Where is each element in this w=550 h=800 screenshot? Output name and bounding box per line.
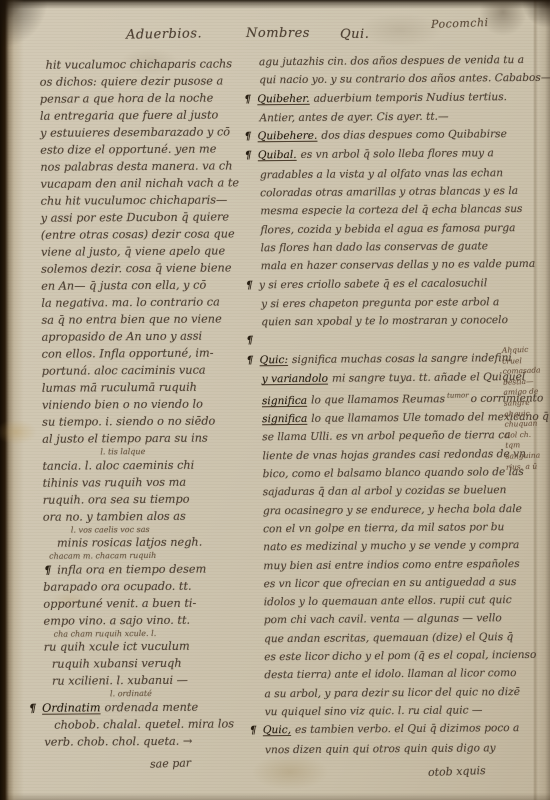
manuscript-line: vnos dizen quin qui otros quin quis digo… (265, 738, 550, 759)
manuscript-line: nos palabras desta manera. va ch (40, 157, 248, 175)
manuscript-line: esto dize el opportuné. yen me (40, 140, 248, 158)
entry-headword: Ordinatim (42, 701, 100, 714)
running-head-folio-word: Qui. (340, 27, 369, 42)
manuscript-line: vu quiquel sino viz quic. l. ru cial qui… (265, 701, 550, 722)
manuscript-line: al justo el tiempo para su ins (42, 429, 250, 447)
manuscript-line: coloradas otras amarillas y otras blanca… (260, 182, 546, 203)
entry-headword: Quibeher. (257, 92, 309, 104)
manuscript-line: y assi por este Ducubon q̄ quiere (41, 208, 249, 226)
manuscript-line: mala en hazer conservas dellas y no es v… (261, 255, 547, 276)
manuscript-line: pensar a que hora de la noche (40, 89, 248, 107)
manuscript-line: lumas mā ruculumā ruquih (42, 378, 250, 396)
entry-headword: Quic: (260, 354, 289, 366)
paragraph-marker-icon: ¶ (246, 276, 259, 295)
manuscript-line: sa q̄ no entra bien que no viene (41, 310, 249, 328)
manuscript-line: hit vucalumoc chichaparis cachs (46, 55, 248, 73)
paragraph-marker-icon: ¶ (250, 722, 263, 741)
manuscript-line: Antier, antes de ayer. Cis ayer. tt.— (259, 107, 545, 128)
manuscript-line: que andan escritas, quemauan (dize) el Q… (264, 627, 550, 648)
manuscript-line: minis rosicas latjos negh. (57, 533, 251, 551)
margin-note-line: comasada (503, 365, 547, 377)
entry-headword: y variandolo (262, 373, 328, 386)
running-head-nombres: Nombres (246, 26, 310, 41)
manuscript-page: Aduerbios. Nombres Qui. Pocomchi hit vuc… (0, 0, 550, 800)
entry-headword: significa (262, 413, 307, 425)
manuscript-line: qui nacio yo. y su contrario dos años an… (259, 69, 545, 90)
entry-headword: Quibal. (258, 149, 297, 161)
manuscript-line: ¶Ordinatimordenada mente (44, 698, 252, 716)
paragraph-marker-icon: ¶ (29, 699, 42, 717)
catchword-left: sae par (150, 756, 192, 770)
manuscript-line: gradables a la vista y al olfato vnas la… (260, 164, 546, 185)
paragraph-marker-icon: ¶ (247, 352, 260, 371)
entry-headword: significa (262, 395, 307, 407)
paragraph-marker-icon: ¶ (44, 561, 57, 579)
manuscript-line: ora no. y tambien alos as (43, 507, 251, 525)
manuscript-line: apropasido de An uno y assi (41, 327, 249, 345)
manuscript-line: verb. chob. chol. queta. → (44, 732, 252, 750)
paragraph-marker-icon: ¶ (246, 332, 259, 351)
manuscript-line: pom chi vach cavil. venta — algunas — ve… (264, 609, 550, 630)
manuscript-line: la entregaria que fuere al justo (40, 106, 248, 124)
manuscript-line: ¶Quic,es tambien verbo. el Qui q̄ dizimo… (265, 719, 550, 741)
paragraph-marker-icon: ¶ (244, 90, 257, 109)
manuscript-line: ¶Quibehere.dos dias despues como Quibabi… (260, 125, 546, 147)
margin-note-line: rius. a ū (506, 461, 550, 473)
manuscript-line: es vn licor que ofrecian en su antigueda… (263, 573, 549, 594)
manuscript-line: viene al justo, q̄ viene apelo que (41, 242, 249, 260)
left-column: hit vucalumoc chichaparis cachsos dichos… (40, 55, 253, 750)
margin-note: Ahquiccruelcomasadabestia—amigo desangre… (502, 344, 550, 473)
manuscript-line: flores, cozida y bebida el agua es famos… (260, 218, 546, 239)
running-head-adverbios: Aduerbios. (126, 26, 202, 42)
manuscript-line: chu hit vuculumoc chichaparis— (41, 191, 249, 209)
manuscript-line: mesma especie la corteza del q̄ echa bla… (260, 200, 546, 221)
manuscript-line: tihinis vas ruquih vos ma (42, 473, 250, 491)
manuscript-line: a su arbol, y para dezir su licor del qu… (264, 682, 550, 703)
entry-headword: Quic, (263, 724, 291, 736)
manuscript-line: ruquih xubansi veruqh (52, 654, 252, 672)
manuscript-line: ru quih xcule ict vuculum (44, 637, 252, 655)
manuscript-line: ¶Quibeher.aduerbium temporis Nudius tert… (259, 87, 545, 109)
manuscript-line: opportuné venit. a buen ti- (43, 594, 251, 612)
manuscript-line: tancia. l. aloc caeminis chi (42, 456, 250, 474)
manuscript-line: la negativa. ma. lo contrario ca (41, 293, 249, 311)
manuscript-line: desta tierra) ante el idolo. llaman al l… (264, 664, 550, 685)
manuscript-line: ¶Quibal.es vn arbol q̄ solo lleba flores… (260, 144, 546, 166)
manuscript-line: y estuuieres desembarazado y cō (40, 123, 248, 141)
manuscript-line: nato es medizinal y mucho y se vende y c… (263, 536, 549, 557)
manuscript-line: quien san xpobal y te lo mostraran y con… (261, 311, 547, 332)
paragraph-marker-icon: ¶ (245, 128, 258, 147)
manuscript-line: muy bien asi entre indios como entre esp… (263, 554, 549, 575)
manuscript-line: en An— q̄ justa con ella, y cō (41, 276, 249, 294)
manuscript-line: sajaduras q̄ dan al arbol y cozidas se b… (263, 481, 549, 502)
interlinear-insertion: tumor (447, 392, 469, 400)
manuscript-line: empo vino. a sajo vino. tt. (43, 611, 251, 629)
manuscript-line: chobob. chalal. quetel. mira los (54, 715, 252, 733)
manuscript-line: con el vn golpe en tierra, da mil satos … (263, 518, 549, 539)
manuscript-line: idolos y lo quemauan ante ellos. rupii c… (264, 591, 550, 612)
manuscript-line: ru xcilieni. l. xubanui — (52, 671, 252, 689)
manuscript-line: ¶y si eres criollo sabete q̄ es el cacal… (261, 273, 547, 295)
entry-headword: Quibehere. (258, 130, 318, 143)
manuscript-line: ruquih. ora sea su tiempo (43, 490, 251, 508)
manuscript-line: ¶infla ora en tiempo desem (59, 560, 251, 578)
paragraph-marker-icon: ¶ (245, 147, 258, 166)
manuscript-line: barapado ora ocupado. tt. (43, 577, 251, 595)
manuscript-line: (entre otras cosas) dezir cosa que (41, 225, 249, 243)
manuscript-line: es este licor dicho y el pom (q̄ es el c… (264, 646, 550, 667)
manuscript-line: vucapam den anil nichah vach a te (40, 174, 248, 192)
manuscript-line: viniendo bien o no viendo lo (42, 395, 250, 413)
catchword-right: otob xquis (428, 764, 486, 779)
manuscript-line: portuná. aloc caciminis vuca (42, 361, 250, 379)
running-head-language: Pocomchi (431, 16, 489, 31)
manuscript-line: solemos dezir. cosa q̄ viene biene (41, 259, 249, 277)
manuscript-line: con ellos. Infla opportuné, im- (42, 344, 250, 362)
manuscript-line: su tiempo. i. siendo o no siēdo (42, 412, 250, 430)
manuscript-line: gra ocasinegro y se endurece, y hecha bo… (263, 499, 549, 520)
manuscript-line: os dichos: quiere dezir pusose a (40, 72, 248, 90)
